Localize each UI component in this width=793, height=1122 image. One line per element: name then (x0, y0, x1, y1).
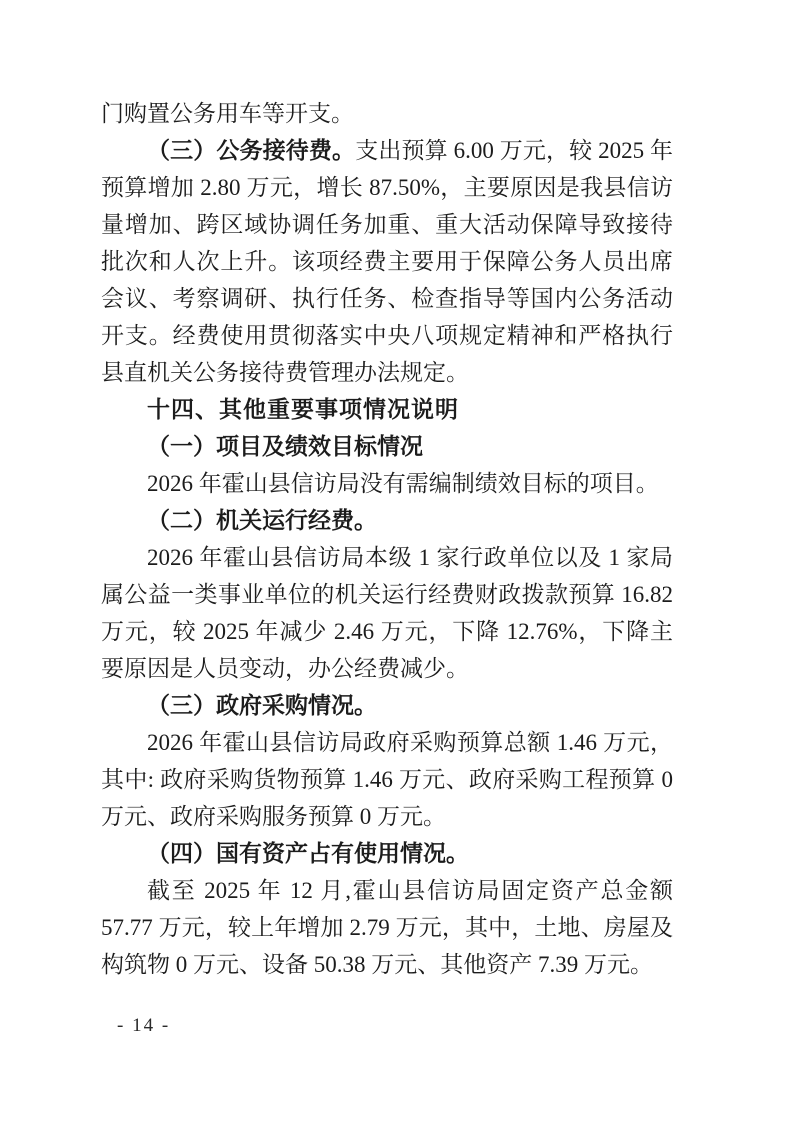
document-page: 门购置公务用车等开支。 （三）公务接待费。支出预算 6.00 万元，较 2025… (0, 0, 793, 1122)
paragraph-performance-targets: 2026 年霍山县信访局没有需编制绩效目标的项目。 (101, 465, 673, 502)
paragraph-operating-funds: 2026 年霍山县信访局本级 1 家行政单位以及 1 家局属公益一类事业单位的机… (101, 539, 673, 687)
paragraph-government-procurement: 2026 年霍山县信访局政府采购预算总额 1.46 万元，其中: 政府采购货物预… (101, 724, 673, 835)
page-number: - 14 - (117, 1013, 170, 1039)
subsection-heading-operating-funds: （二）机关运行经费。 (101, 502, 673, 539)
paragraph-official-reception-expense: （三）公务接待费。支出预算 6.00 万元，较 2025 年预算增加 2.80 … (101, 132, 673, 391)
document-content: 门购置公务用车等开支。 （三）公务接待费。支出预算 6.00 万元，较 2025… (101, 95, 673, 983)
subsection-heading-state-owned-assets: （四）国有资产占有使用情况。 (101, 835, 673, 872)
paragraph-lead-official-reception: （三）公务接待费。 (147, 138, 355, 163)
subsection-heading-performance-targets: （一）项目及绩效目标情况 (101, 428, 673, 465)
paragraph-state-owned-assets: 截至 2025 年 12 月,霍山县信访局固定资产总金额 57.77 万元，较上… (101, 872, 673, 983)
section-heading-other-important-matters: 十四、其他重要事项情况说明 (101, 391, 673, 428)
paragraph-body-official-reception: 支出预算 6.00 万元，较 2025 年预算增加 2.80 万元，增长 87.… (101, 138, 673, 385)
subsection-heading-government-procurement: （三）政府采购情况。 (101, 687, 673, 724)
paragraph-vehicle-expense-continuation: 门购置公务用车等开支。 (101, 95, 673, 132)
